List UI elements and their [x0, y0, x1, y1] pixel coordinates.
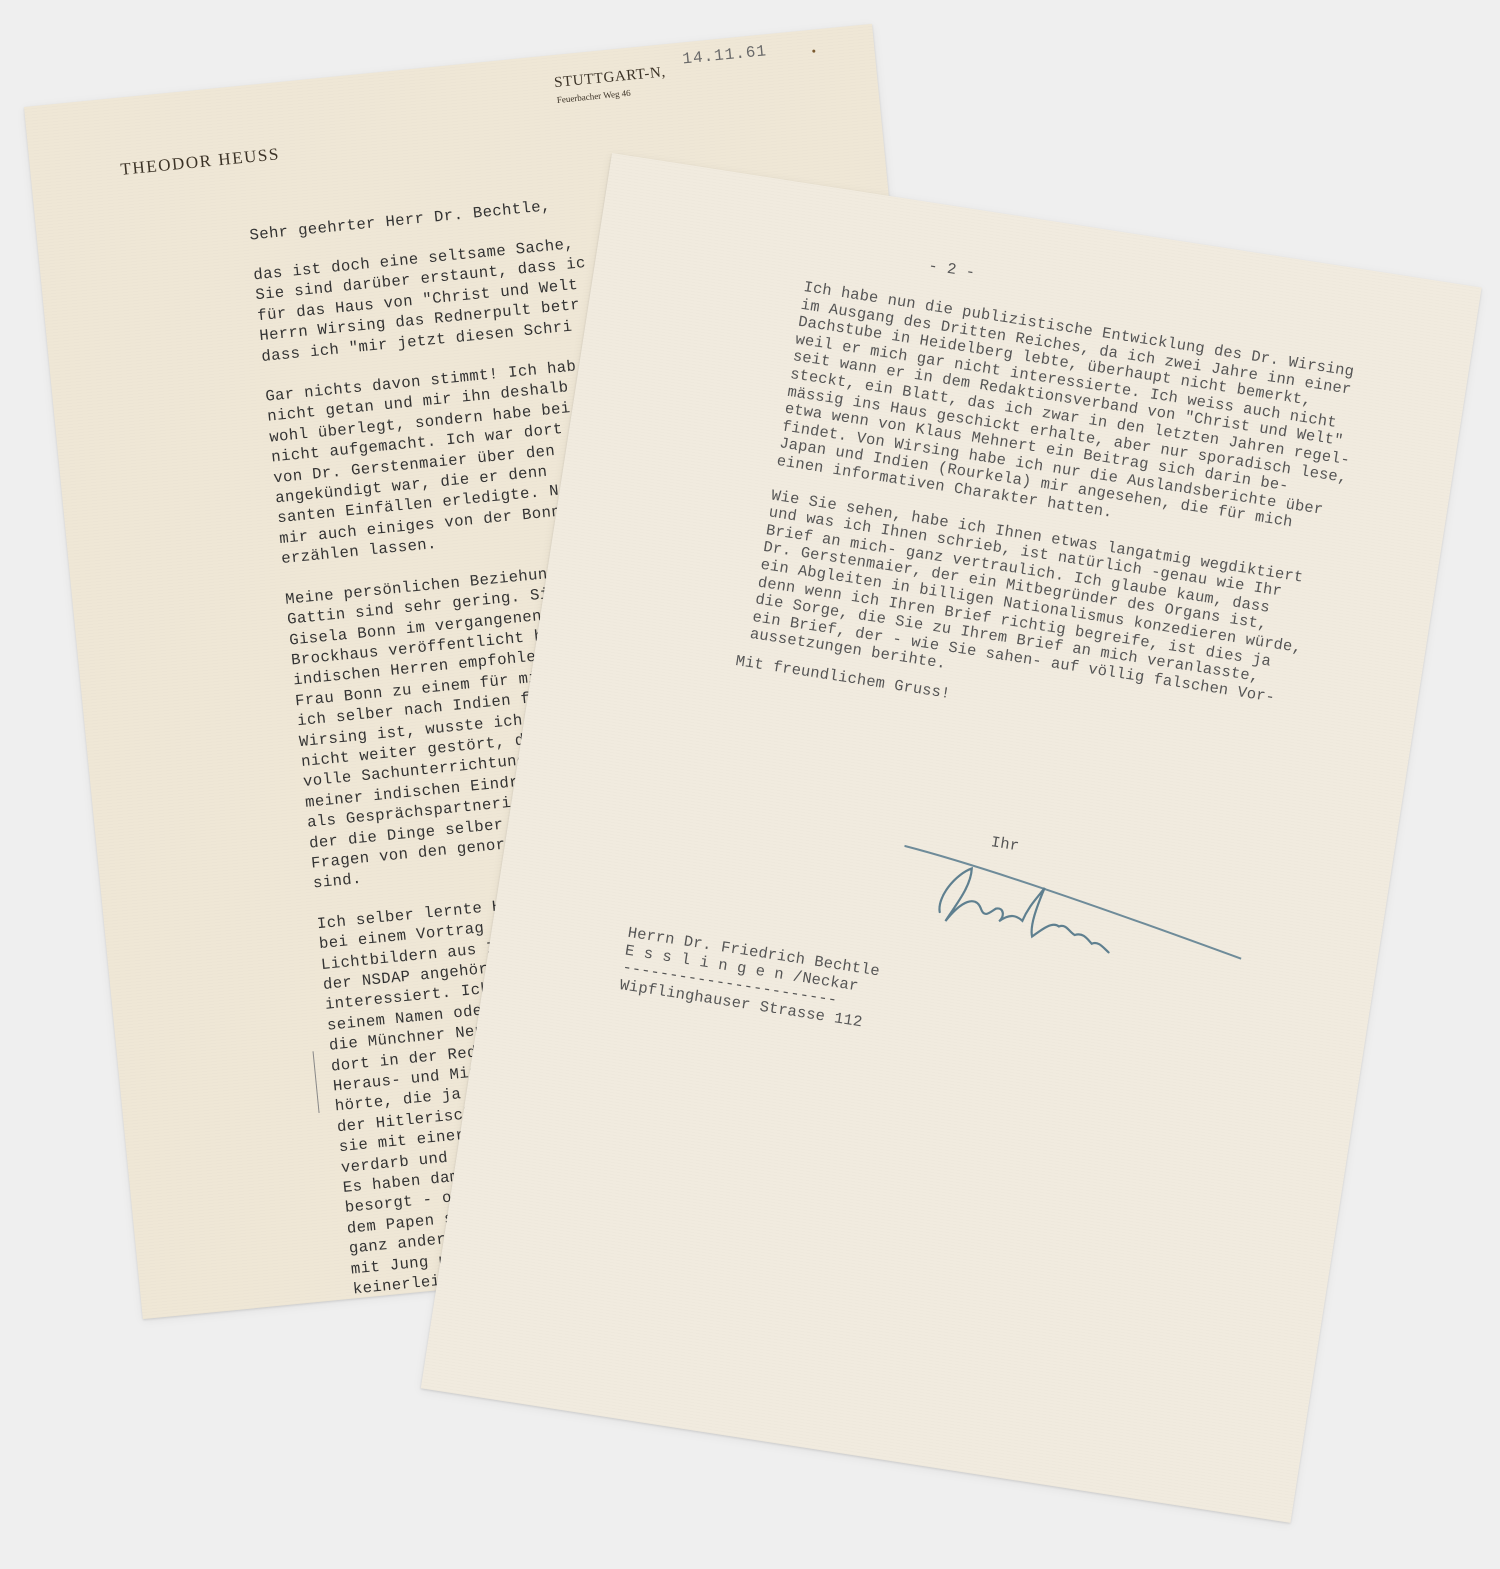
letter-page-2: - 2 - Ich habe nun die publizistische En…	[421, 153, 1482, 1523]
signature-icon	[889, 836, 1262, 1000]
page-number: - 2 -	[927, 258, 976, 283]
recipient-address: Herrn Dr. Friedrich BechtleE s s l i n g…	[618, 925, 881, 1034]
page2-body: Ich habe nun die publizistische Entwickl…	[749, 279, 1365, 730]
letterhead-name: THEODOR HEUSS	[120, 144, 281, 180]
margin-mark	[313, 1051, 320, 1113]
salutation: Sehr geehrter Herr Dr. Bechtle,	[249, 196, 552, 246]
letter-date: 14.11.61	[682, 42, 768, 68]
letterhead-city: STUTTGART-N,	[553, 64, 666, 92]
paper-spot	[812, 50, 815, 53]
